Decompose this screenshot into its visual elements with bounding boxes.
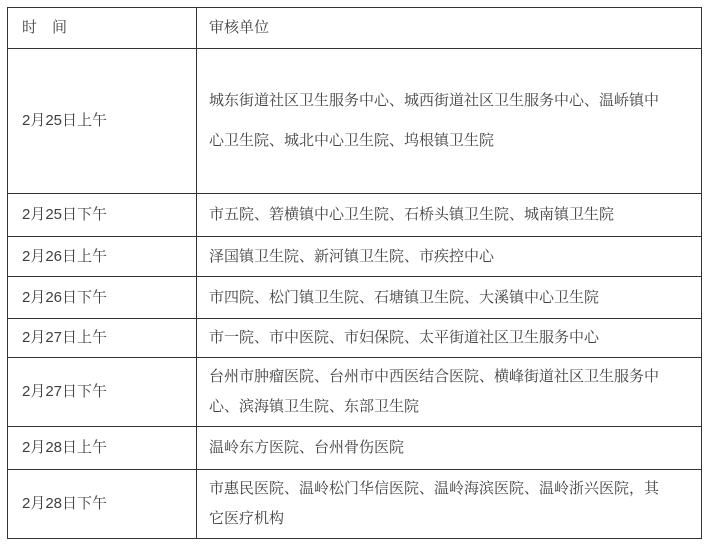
time-cell: 2月26日上午: [8, 237, 197, 277]
table-row: 2月25日下午 市五院、箬横镇中心卫生院、石桥头镇卫生院、城南镇卫生院: [8, 194, 702, 237]
time-cell: 2月28日下午: [8, 470, 197, 539]
units-cell: 城东街道社区卫生服务中心、城西街道社区卫生服务中心、温峤镇中心卫生院、城北中心卫…: [197, 49, 702, 194]
time-cell: 2月25日下午: [8, 194, 197, 237]
audit-schedule-table: 时 间 审核单位 2月25日上午 城东街道社区卫生服务中心、城西街道社区卫生服务…: [7, 7, 702, 539]
table-row: 2月27日下午 台州市肿瘤医院、台州市中西医结合医院、横峰街道社区卫生服务中心、…: [8, 358, 702, 427]
table-row: 2月28日下午 市惠民医院、温岭松门华信医院、温岭海滨医院、温岭浙兴医院，其它医…: [8, 470, 702, 539]
column-header-audit-unit: 审核单位: [197, 8, 702, 49]
units-cell: 温岭东方医院、台州骨伤医院: [197, 427, 702, 470]
units-cell: 市惠民医院、温岭松门华信医院、温岭海滨医院、温岭浙兴医院，其它医疗机构: [197, 470, 702, 539]
column-header-time: 时 间: [8, 8, 197, 49]
header-row: 时 间 审核单位: [8, 8, 702, 49]
time-cell: 2月26日下午: [8, 277, 197, 319]
page: 时 间 审核单位 2月25日上午 城东街道社区卫生服务中心、城西街道社区卫生服务…: [0, 0, 708, 546]
units-cell: 市五院、箬横镇中心卫生院、石桥头镇卫生院、城南镇卫生院: [197, 194, 702, 237]
units-cell: 台州市肿瘤医院、台州市中西医结合医院、横峰街道社区卫生服务中心、滨海镇卫生院、东…: [197, 358, 702, 427]
units-cell: 市一院、市中医院、市妇保院、太平街道社区卫生服务中心: [197, 319, 702, 358]
time-cell: 2月27日上午: [8, 319, 197, 358]
table-row: 2月26日下午 市四院、松门镇卫生院、石塘镇卫生院、大溪镇中心卫生院: [8, 277, 702, 319]
time-cell: 2月25日上午: [8, 49, 197, 194]
table-row: 2月28日上午 温岭东方医院、台州骨伤医院: [8, 427, 702, 470]
units-cell: 泽国镇卫生院、新河镇卫生院、市疾控中心: [197, 237, 702, 277]
table-row: 2月25日上午 城东街道社区卫生服务中心、城西街道社区卫生服务中心、温峤镇中心卫…: [8, 49, 702, 194]
time-cell: 2月27日下午: [8, 358, 197, 427]
table-row: 2月26日上午 泽国镇卫生院、新河镇卫生院、市疾控中心: [8, 237, 702, 277]
units-cell: 市四院、松门镇卫生院、石塘镇卫生院、大溪镇中心卫生院: [197, 277, 702, 319]
time-cell: 2月28日上午: [8, 427, 197, 470]
table-row: 2月27日上午 市一院、市中医院、市妇保院、太平街道社区卫生服务中心: [8, 319, 702, 358]
